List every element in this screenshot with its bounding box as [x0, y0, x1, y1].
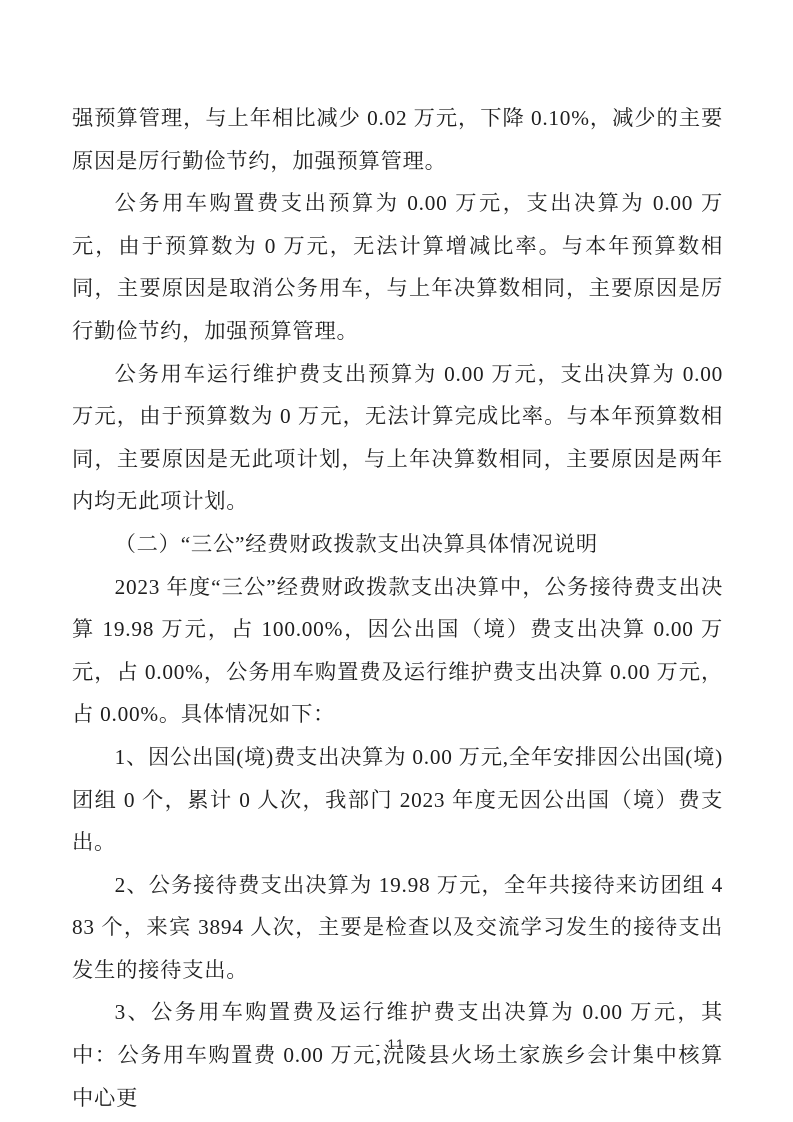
document-paragraph: 2、公务接待费支出决算为 19.98 万元，全年共接待来访团组 483 个，来宾… [72, 864, 723, 992]
page-number: - 11 - [375, 1037, 418, 1052]
document-paragraph: 公务用车购置费支出预算为 0.00 万元，支出决算为 0.00 万元，由于预算数… [72, 182, 723, 352]
document-body: 强预算管理，与上年相比减少 0.02 万元，下降 0.10%，减少的主要原因是厉… [72, 97, 723, 1119]
document-page: 强预算管理，与上年相比减少 0.02 万元，下降 0.10%，减少的主要原因是厉… [0, 0, 793, 1122]
document-paragraph: 2023 年度“三公”经费财政拨款支出决算中，公务接待费支出决算 19.98 万… [72, 566, 723, 736]
document-paragraph: 1、因公出国(境)费支出决算为 0.00 万元,全年安排因公出国(境)团组 0 … [72, 736, 723, 864]
page-footer: - 11 - [0, 1036, 793, 1054]
document-paragraph: 公务用车运行维护费支出预算为 0.00 万元，支出决算为 0.00 万元，由于预… [72, 353, 723, 523]
section-heading: （二）“三公”经费财政拨款支出决算具体情况说明 [72, 523, 723, 566]
document-paragraph: 3、公务用车购置费及运行维护费支出决算为 0.00 万元，其中：公务用车购置费 … [72, 991, 723, 1119]
document-paragraph: 强预算管理，与上年相比减少 0.02 万元，下降 0.10%，减少的主要原因是厉… [72, 97, 723, 182]
